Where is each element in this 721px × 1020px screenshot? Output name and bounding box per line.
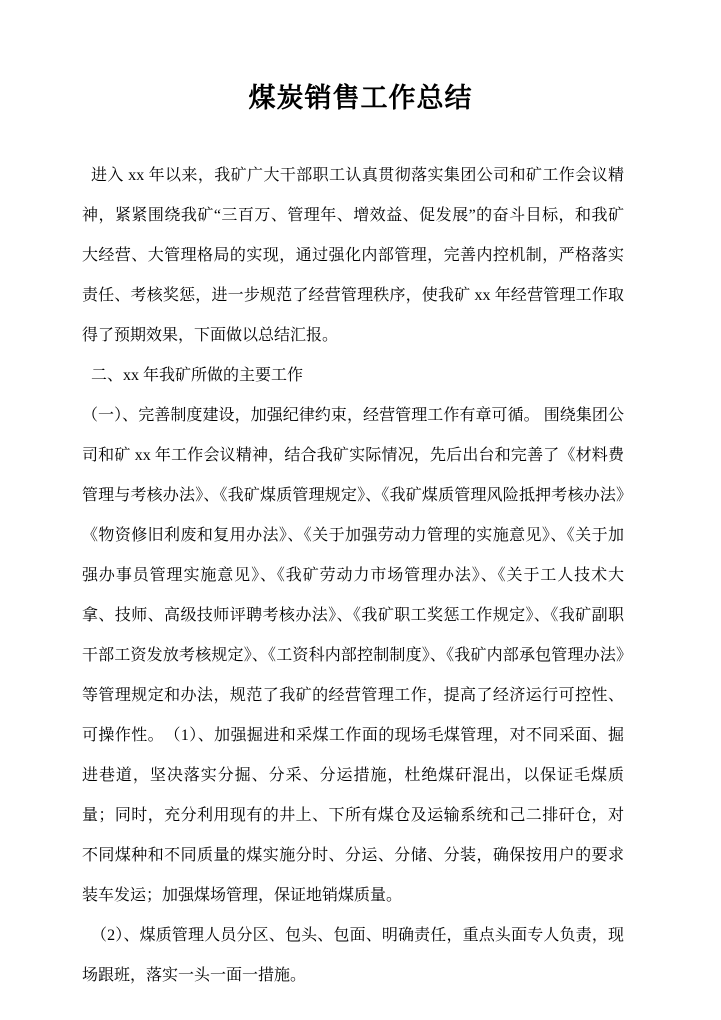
paragraph-section-one: （一）、完善制度建设，加强纪律约束，经营管理工作有章可循。 围绕集团公司和矿 x… — [82, 396, 624, 916]
paragraph-section-heading: 二、xx 年我矿所做的主要工作 — [82, 356, 624, 396]
paragraph-introduction: 进入 xx 年以来，我矿广大干部职工认真贯彻落实集团公司和矿工作会议精神，紧紧围… — [82, 156, 624, 356]
document-title: 煤炭销售工作总结 — [0, 0, 721, 118]
document-body: 进入 xx 年以来，我矿广大干部职工认真贯彻落实集团公司和矿工作会议精神，紧紧围… — [0, 156, 624, 996]
document-page: 煤炭销售工作总结 进入 xx 年以来，我矿广大干部职工认真贯彻落实集团公司和矿工… — [0, 0, 721, 1020]
paragraph-item-two: （2）、煤质管理人员分区、包头、包面、明确责任，重点头面专人负责，现场跟班，落实… — [82, 916, 624, 996]
